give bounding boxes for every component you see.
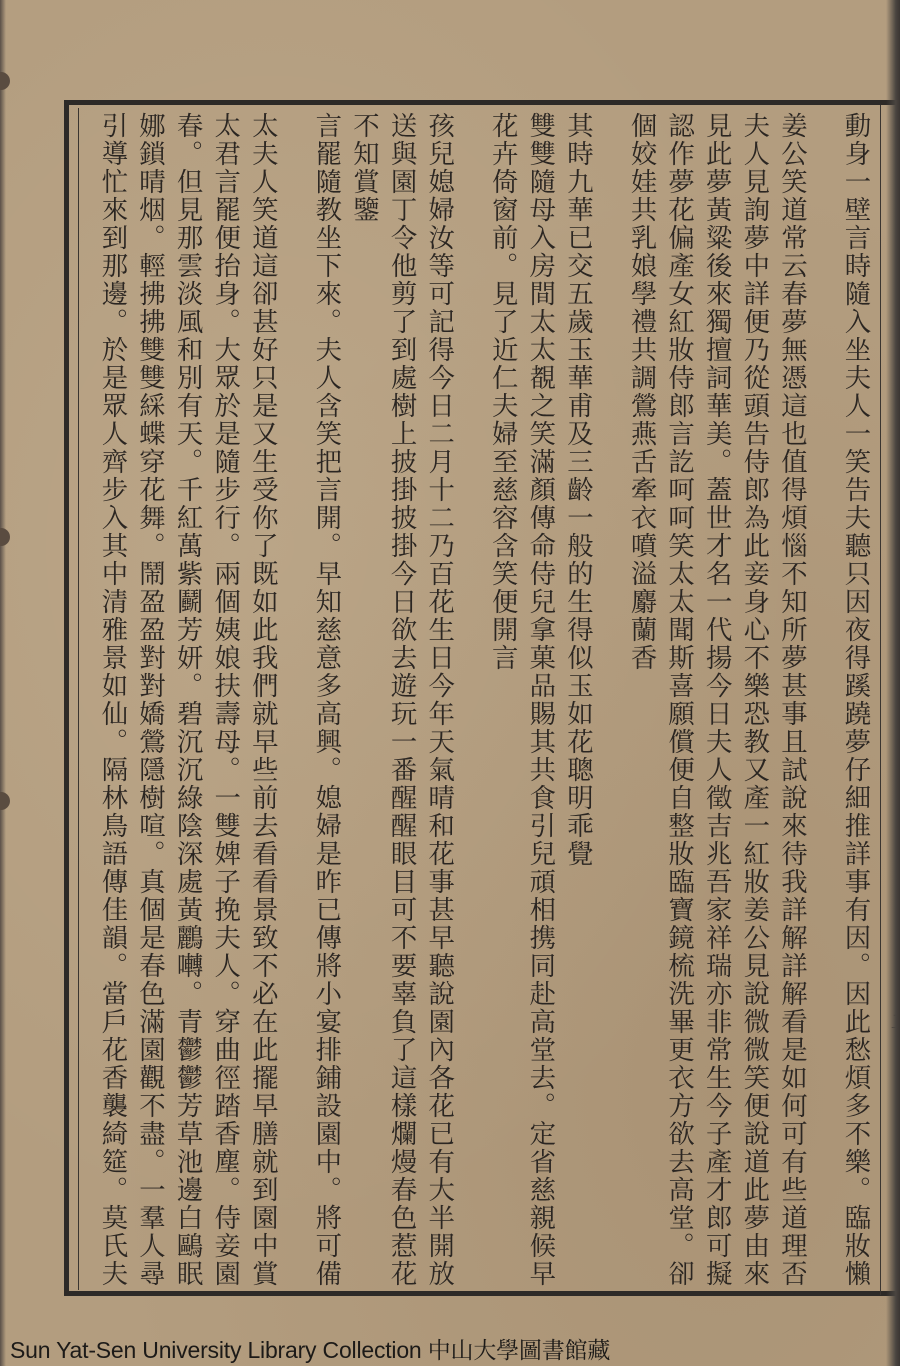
text-column: 見此夢黃粱後來獨擅詞華美。蓋世才名一代揚今日夫人徵吉兆吾家祥瑞亦非常生今子產才郎…: [698, 112, 736, 1288]
text-column: 太君言罷便抬身。大眾於是隨步行。兩個姨娘扶壽母。一雙婢子挽夫人。穿曲徑踏香塵。侍…: [206, 112, 244, 1288]
text-column: 其時九華已交五歲玉華甫及三齡一般的生得似玉如花聰明乖覺: [559, 112, 623, 1288]
text-column: 夫人見詢夢中詳便乃從頭告侍郎為此妾身心不樂恐教又產一紅妝姜公見說微微笑便說道此夢…: [735, 112, 773, 1288]
binding-hole: [0, 528, 10, 546]
text-column: 雙雙隨母入房間太太覩之笑滿顏傳命侍兒拿菓品賜其共食引兒頑相携同赴高堂去。定省慈親…: [521, 112, 559, 1288]
binding-edge: [0, 0, 6, 1366]
text-column: 花卉倚窗前。見了近仁夫婦至慈容含笑便開言: [484, 112, 522, 1288]
text-column: 孩兒媳婦汝等可記得今日二月十二乃百花生日今年天氣晴和花事甚早聽說園內各花已有大半…: [420, 112, 484, 1288]
vertical-text-body: 動身一壁言時隨入坐夫人一笑告夫聽只因夜得蹊蹺夢仔細推詳事有因。因此愁煩多不樂。臨…: [84, 112, 874, 1288]
binding-hole: [0, 72, 10, 90]
text-column: 個姣娃共乳娘學禮共調鶯燕舌牽衣噴溢麝蘭香: [622, 112, 660, 1288]
binding-hole: [0, 792, 10, 810]
library-watermark-caption: Sun Yat-Sen University Library Collectio…: [10, 1332, 610, 1365]
text-column: 不知賞鑒: [345, 112, 383, 1288]
text-column: 婆婆一路行來料應勞乏了酒筵擺設已齊就此請坐罷太夫人笑道行處觀花品柳徐步而過我到不…: [84, 112, 93, 1288]
page-right-edge: [886, 0, 900, 1366]
scanned-page: 二 動身一壁言時隨入坐夫人一笑告夫聽只因夜得蹊蹺夢仔細推詳事有因。因此愁煩多不樂…: [0, 0, 900, 1366]
text-column: 認作夢花偏產女紅妝侍郎言訖呵呵笑太太聞斯喜願償便自整妝臨寶鏡梳洗畢更衣方欲去高堂…: [660, 112, 698, 1288]
text-column: 言罷隨教坐下來。夫人含笑把言開。早知慈意多高興。媳婦是昨已傳將小宴排鋪設園中。將…: [307, 112, 345, 1288]
text-column: 引導忙來到那邊。於是眾人齊步入其中清雅景如仙。隔林鳥語傳佳韻。當戶花香襲綺筵。莫…: [93, 112, 131, 1288]
text-column: 太夫人笑道這卻甚好只是又生受你了既如此我們就早些前去看看景致不必在此擺早膳就到園…: [244, 112, 308, 1288]
text-column: 送與園丁令他剪了到處樹上披掛披掛今日欲去遊玩一番醒醒眼目可不要辜負了這樣爛熳春色…: [382, 112, 420, 1288]
text-column: 動身一壁言時隨入坐夫人一笑告夫聽只因夜得蹊蹺夢仔細推詳事有因。因此愁煩多不樂。臨…: [836, 112, 874, 1288]
text-column: 春。但見那雲淡風和別有天。千紅萬紫鬬芳妍。碧沉沉綠陰深處黃鸝囀。青鬱鬱芳草池邊白…: [169, 112, 207, 1288]
text-column: 娜鎖晴烟。輕拂拂雙雙綵蝶穿花舞。鬧盈盈對對嬌鶯隱樹喧。真個是春色滿園觀不盡。一羣…: [131, 112, 169, 1288]
text-column: 姜公笑道常云春夢無憑這也值得煩惱不知所夢甚事且試說來待我詳解詳解看是如何可有些道…: [773, 112, 837, 1288]
